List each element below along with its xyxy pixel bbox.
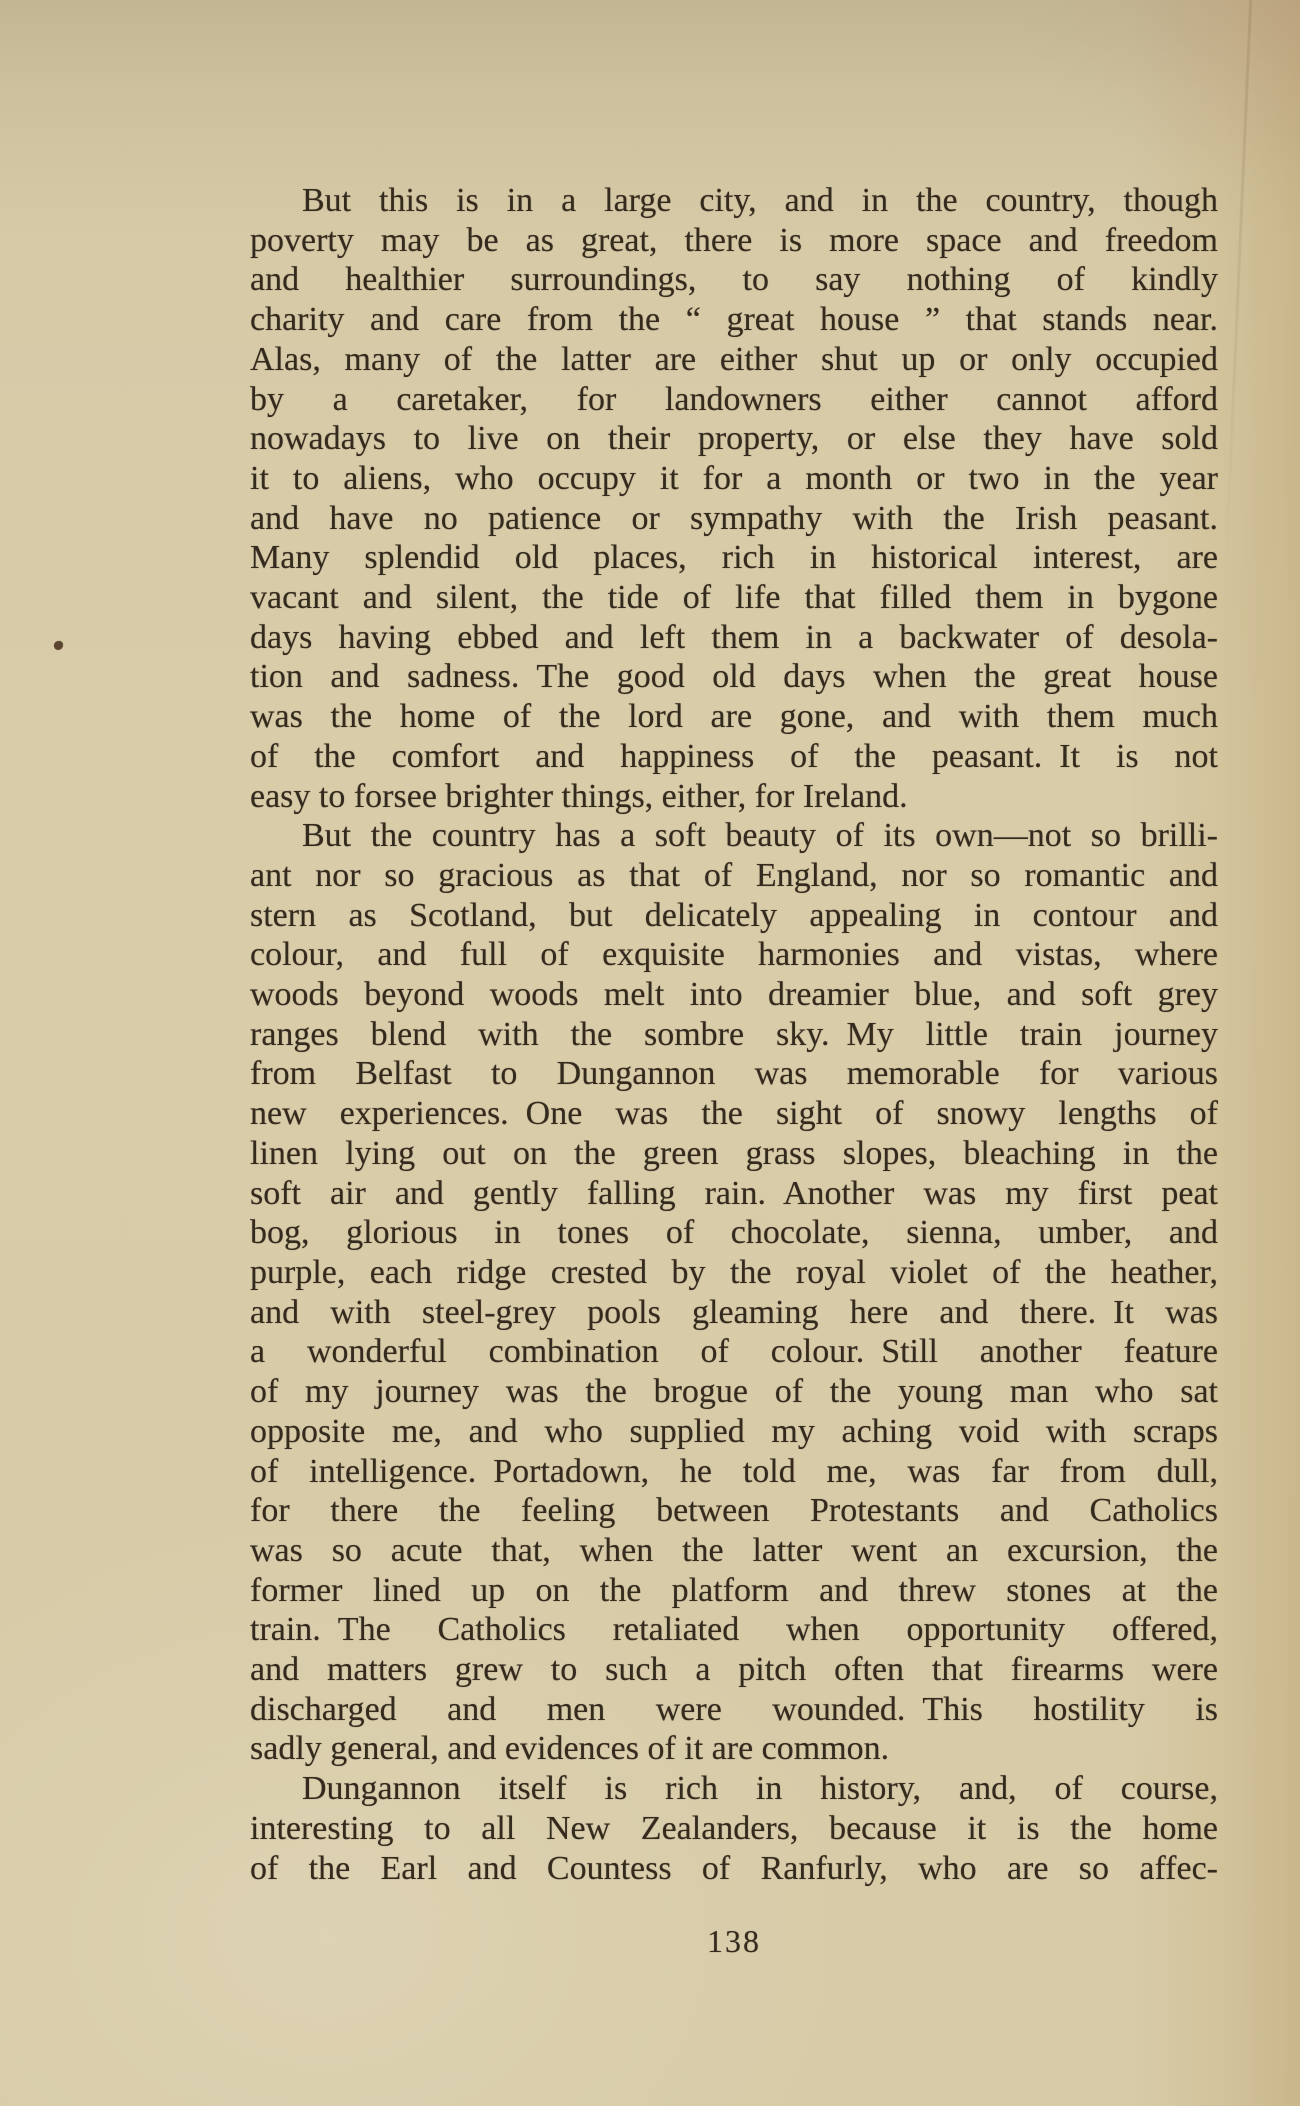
page-number: 138 xyxy=(250,1923,1218,1960)
paragraph: But the country has a soft beauty of its… xyxy=(250,816,1218,1769)
text-line: ant nor so gracious as that of England, … xyxy=(250,856,1218,896)
paragraph: But this is in a large city, and in the … xyxy=(250,181,1218,816)
text-line: and have no patience or sympathy with th… xyxy=(250,499,1218,539)
text-line: colour, and full of exquisite harmonies … xyxy=(250,935,1218,975)
text-line: bog, glorious in tones of chocolate, sie… xyxy=(250,1213,1218,1253)
text-line: by a caretaker, for landowners either ca… xyxy=(250,380,1218,420)
page-crease xyxy=(1224,0,1253,580)
text-line: interesting to all New Zealanders, becau… xyxy=(250,1809,1218,1849)
text-line: sadly general, and evidences of it are c… xyxy=(250,1729,1218,1769)
text-line: tion and sadness. The good old days when… xyxy=(250,657,1218,697)
text-line: of the comfort and happiness of the peas… xyxy=(250,737,1218,777)
ink-speck xyxy=(54,641,63,650)
text-line: discharged and men were wounded. This ho… xyxy=(250,1690,1218,1730)
text-line: of intelligence. Portadown, he told me, … xyxy=(250,1452,1218,1492)
text-line: But this is in a large city, and in the … xyxy=(250,181,1218,221)
text-line: purple, each ridge crested by the royal … xyxy=(250,1253,1218,1293)
text-line: poverty may be as great, there is more s… xyxy=(250,221,1218,261)
text-line: soft air and gently falling rain. Anothe… xyxy=(250,1174,1218,1214)
text-line: stern as Scotland, but delicately appeal… xyxy=(250,896,1218,936)
text-line: ranges blend with the sombre sky. My lit… xyxy=(250,1015,1218,1055)
text-line: woods beyond woods melt into dreamier bl… xyxy=(250,975,1218,1015)
text-line: new experiences. One was the sight of sn… xyxy=(250,1094,1218,1134)
text-line: days having ebbed and left them in a bac… xyxy=(250,618,1218,658)
text-line: it to aliens, who occupy it for a month … xyxy=(250,459,1218,499)
text-line: Many splendid old places, rich in histor… xyxy=(250,538,1218,578)
text-line: nowadays to live on their property, or e… xyxy=(250,419,1218,459)
text-line: was the home of the lord are gone, and w… xyxy=(250,697,1218,737)
text-line: and with steel-grey pools gleaming here … xyxy=(250,1293,1218,1333)
page-text: But this is in a large city, and in the … xyxy=(250,181,1218,1888)
text-line: opposite me, and who supplied my aching … xyxy=(250,1412,1218,1452)
book-page: But this is in a large city, and in the … xyxy=(0,0,1300,2106)
text-line: Dungannon itself is rich in history, and… xyxy=(250,1769,1218,1809)
text-line: of the Earl and Countess of Ranfurly, wh… xyxy=(250,1849,1218,1889)
text-line: a wonderful combination of colour. Still… xyxy=(250,1332,1218,1372)
text-line: former lined up on the platform and thre… xyxy=(250,1571,1218,1611)
text-line: and healthier surroundings, to say nothi… xyxy=(250,260,1218,300)
paragraph: Dungannon itself is rich in history, and… xyxy=(250,1769,1218,1888)
text-line: easy to forsee brighter things, either, … xyxy=(250,777,1218,817)
text-line: linen lying out on the green grass slope… xyxy=(250,1134,1218,1174)
text-line: But the country has a soft beauty of its… xyxy=(250,816,1218,856)
text-line: vacant and silent, the tide of life that… xyxy=(250,578,1218,618)
text-line: from Belfast to Dungannon was memorable … xyxy=(250,1054,1218,1094)
text-line: charity and care from the “ great house … xyxy=(250,300,1218,340)
text-line: of my journey was the brogue of the youn… xyxy=(250,1372,1218,1412)
text-line: for there the feeling between Protestant… xyxy=(250,1491,1218,1531)
text-line: Alas, many of the latter are either shut… xyxy=(250,340,1218,380)
text-line: train. The Catholics retaliated when opp… xyxy=(250,1610,1218,1650)
text-line: was so acute that, when the latter went … xyxy=(250,1531,1218,1571)
text-line: and matters grew to such a pitch often t… xyxy=(250,1650,1218,1690)
